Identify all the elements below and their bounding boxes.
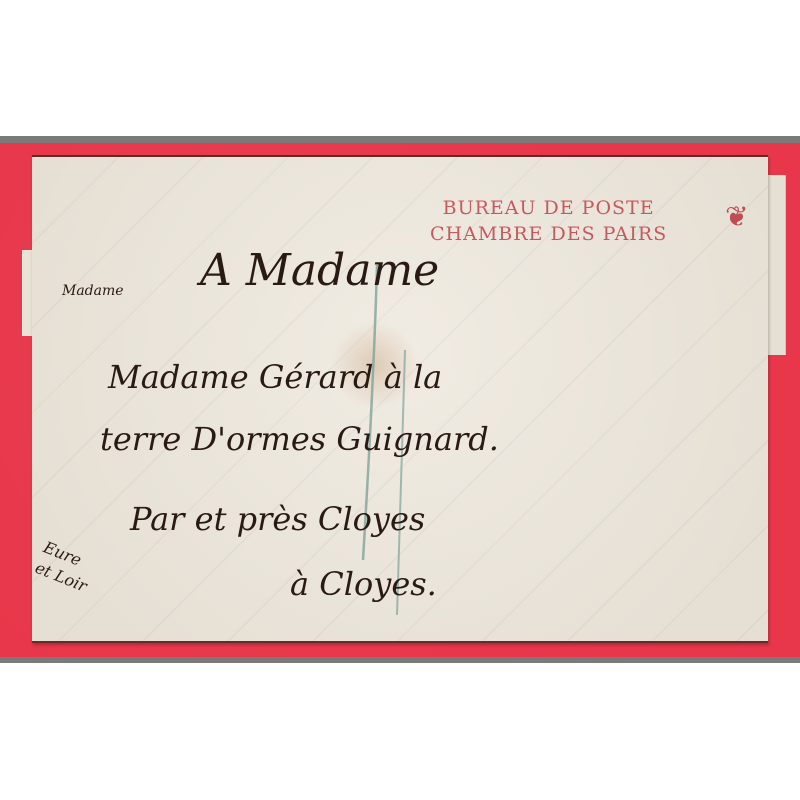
address-line-1: Madame Gérard à la [108,358,442,396]
top-grey-strip [0,136,800,143]
address-line-2: terre D'ormes Guignard. [100,420,499,458]
postmark-line-1: BUREAU DE POSTE [430,195,667,221]
bottom-grey-strip [0,657,800,663]
fleuron-icon: ❦ [725,200,748,233]
side-note-madame: Madame [62,283,124,299]
right-fold-flap [768,175,786,355]
postmark-stamp: BUREAU DE POSTE CHAMBRE DES PAIRS [430,195,667,247]
postmark-line-2: CHAMBRE DES PAIRS [430,221,667,247]
address-line-3: Par et près Cloyes [130,500,425,538]
address-heading: A Madame [200,245,439,296]
address-line-4: à Cloyes. [290,565,437,603]
